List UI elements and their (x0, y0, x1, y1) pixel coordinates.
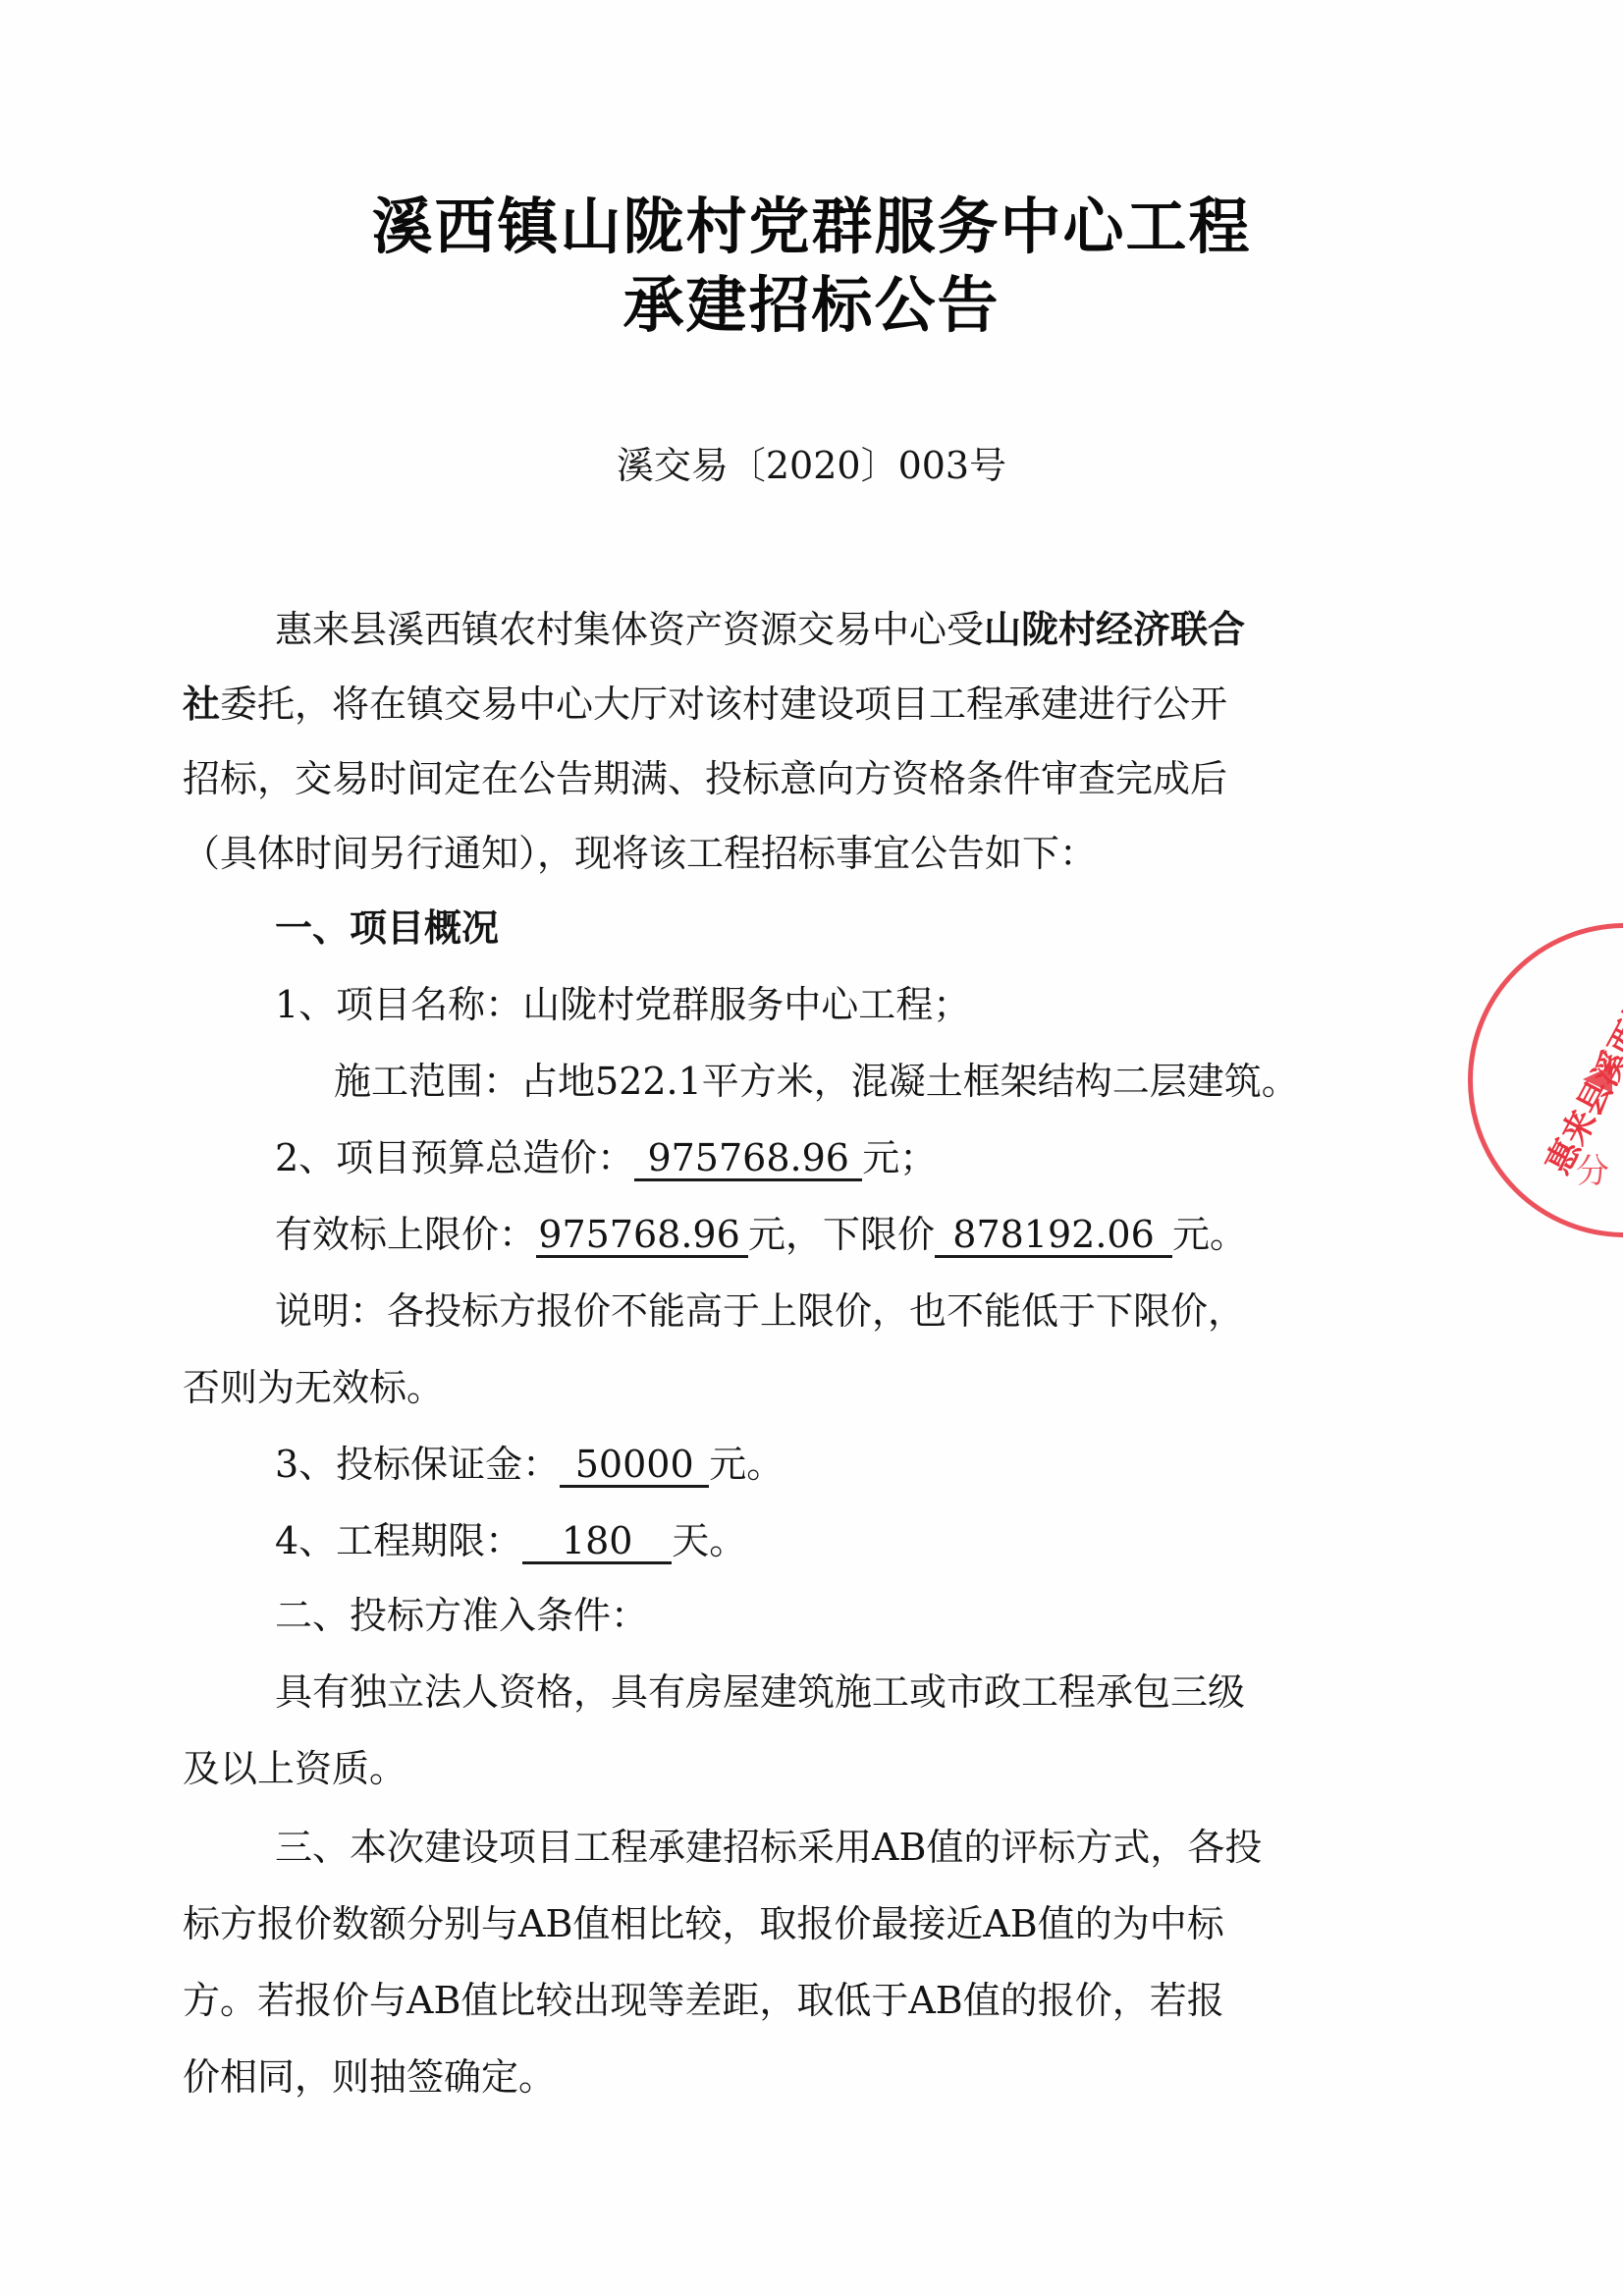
section2-line-2: 及以上资质。 (183, 1750, 406, 1787)
document-title-line2: 承建招标公告 (0, 275, 1623, 336)
intro-text: 惠来县溪西镇农村集体资产资源交易中心受 (275, 608, 984, 651)
entrusting-party: 山陇村经济联合 (984, 608, 1245, 651)
project-name-value: 山陇村党群服务中心工程； (522, 983, 970, 1026)
deposit-unit: 元。 (709, 1443, 784, 1486)
section3-line-3: 方。若报价与AB值比较出现等差距，取低于AB值的报价，若报 (183, 1982, 1224, 2019)
section3-line-4: 价相同，则抽签确定。 (183, 2058, 556, 2096)
duration-row: 4、工程期限：180天。 (275, 1522, 746, 1564)
scope-label: 施工范围： (334, 1060, 520, 1103)
intro-text: 委托，将在镇交易中心大厅对该村建设项目工程承建进行公开 (220, 683, 1227, 726)
price-limits-row: 有效标上限价：975768.96元，下限价878192.06元。 (275, 1216, 1247, 1258)
upper-limit-value: 975768.96 (536, 1216, 748, 1258)
duration-value: 180 (522, 1522, 672, 1564)
section3-line-1: 三、本次建设项目工程承建招标采用AB值的评标方式，各投 (275, 1829, 1262, 1866)
project-name-label: 1、项目名称： (275, 983, 522, 1026)
seal-bottom-char: 分 (1576, 1144, 1609, 1192)
section1-heading: 一、项目概况 (275, 909, 499, 947)
lower-limit-value: 878192.06 (935, 1216, 1172, 1258)
entrusting-party-end: 社 (183, 683, 220, 726)
intro-line-3: 招标，交易时间定在公告期满、投标意向方资格条件审查完成后 (183, 760, 1227, 797)
section2-line-1: 具有独立法人资格，具有房屋建筑施工或市政工程承包三级 (275, 1673, 1245, 1711)
construction-scope-row: 施工范围：占地522.1平方米，混凝土框架结构二层建筑。 (334, 1063, 1299, 1100)
note-line-1: 说明：各投标方报价不能高于上限价，也不能低于下限价， (275, 1292, 1245, 1330)
lower-limit-unit: 元。 (1172, 1213, 1247, 1256)
section3-line-2: 标方报价数额分别与AB值相比较，取报价最接近AB值的为中标 (183, 1905, 1224, 1942)
deposit-value: 50000 (560, 1446, 709, 1488)
budget-row: 2、项目预算总造价：975768.96元； (275, 1139, 937, 1181)
budget-label: 2、项目预算总造价： (275, 1136, 634, 1179)
seal-star-icon (1583, 1066, 1612, 1093)
budget-value: 975768.96 (634, 1139, 862, 1181)
duration-unit: 天。 (672, 1519, 746, 1562)
document-title-line1: 溪西镇山陇村党群服务中心工程 (0, 196, 1623, 257)
project-name-row: 1、项目名称：山陇村党群服务中心工程； (275, 986, 970, 1023)
intro-line-4: （具体时间另行通知），现将该工程招标事宜公告如下： (183, 835, 1097, 872)
budget-unit: 元； (862, 1136, 937, 1179)
document-number: 溪交易〔2020〕003号 (0, 447, 1623, 484)
note-line-2: 否则为无效标。 (183, 1369, 444, 1406)
upper-limit-unit: 元，下限价 (748, 1213, 935, 1256)
section2-heading: 二、投标方准入条件： (275, 1597, 648, 1634)
deposit-row: 3、投标保证金：50000元。 (275, 1446, 784, 1488)
duration-label: 4、工程期限： (275, 1519, 522, 1562)
upper-limit-label: 有效标上限价： (275, 1213, 536, 1256)
scope-value: 占地522.1平方米，混凝土框架结构二层建筑。 (520, 1060, 1299, 1103)
intro-line-2: 社委托，将在镇交易中心大厅对该村建设项目工程承建进行公开 (183, 685, 1227, 723)
document-page: 溪西镇山陇村党群服务中心工程 承建招标公告 溪交易〔2020〕003号 惠来县溪… (0, 0, 1623, 2296)
deposit-label: 3、投标保证金： (275, 1443, 560, 1486)
intro-line-1: 惠来县溪西镇农村集体资产资源交易中心受山陇村经济联合 (275, 611, 1245, 648)
